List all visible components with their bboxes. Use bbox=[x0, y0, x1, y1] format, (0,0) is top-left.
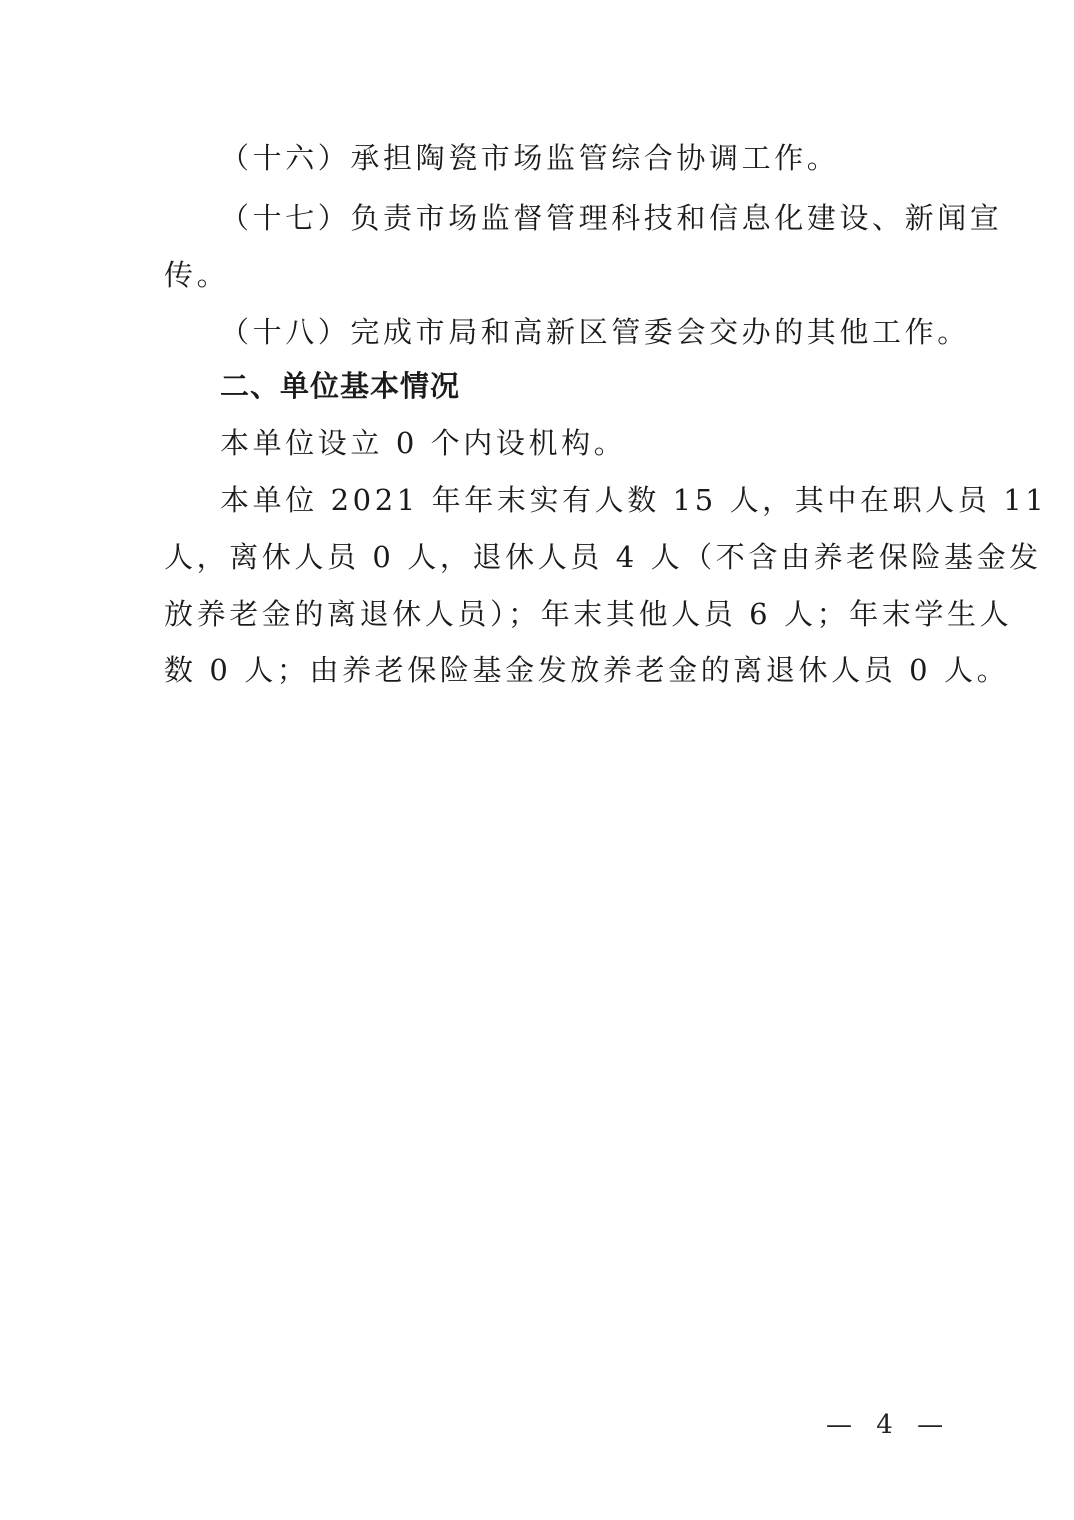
document-page: （十六）承担陶瓷市场监管综合协调工作。 （十七）负责市场监督管理科技和信息化建设… bbox=[0, 0, 1074, 1520]
paragraph-staff-line-2: 人，离休人员 0 人，退休人员 4 人（不含由养老保险基金发 bbox=[164, 537, 1042, 577]
page-number: — 4 — bbox=[826, 1410, 951, 1440]
paragraph-item-18: （十八）完成市局和高新区管委会交办的其他工作。 bbox=[220, 312, 970, 352]
paragraph-item-16: （十六）承担陶瓷市场监管综合协调工作。 bbox=[220, 138, 839, 178]
paragraph-departments: 本单位设立 0 个内设机构。 bbox=[220, 423, 626, 463]
paragraph-item-17-continued: 传。 bbox=[164, 255, 229, 295]
paragraph-staff-line-1: 本单位 2021 年年末实有人数 15 人，其中在职人员 11 bbox=[220, 480, 1047, 520]
paragraph-staff-line-3: 放养老金的离退休人员）；年末其他人员 6 人；年末学生人 bbox=[164, 594, 1012, 634]
paragraph-item-17: （十七）负责市场监督管理科技和信息化建设、新闻宣 bbox=[220, 198, 1002, 238]
paragraph-staff-line-4: 数 0 人；由养老保险基金发放养老金的离退休人员 0 人。 bbox=[164, 650, 1009, 690]
section-heading: 二、单位基本情况 bbox=[220, 366, 460, 406]
